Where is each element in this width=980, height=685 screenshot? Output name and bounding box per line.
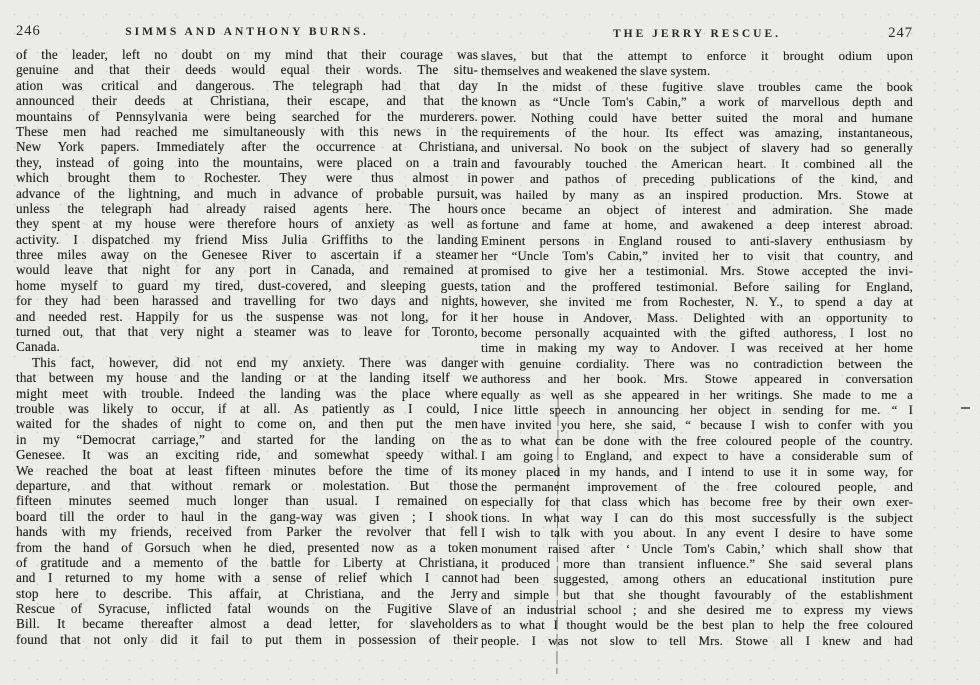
text-line: and favourably touched the American hear…: [481, 157, 913, 172]
text-line: that between my house and the landing or…: [16, 370, 478, 385]
text-line: they spent at my house were therefore ho…: [16, 216, 478, 231]
text-line: genuine and that their deeds would equal…: [16, 62, 478, 77]
text-line: had been suggested, among others an educ…: [481, 572, 913, 587]
text-line: home myself to guard my tired, dust-cove…: [16, 278, 478, 293]
text-line: and I returned to my home with a sense o…: [16, 570, 478, 585]
text-line: turned out, that that very night a steam…: [16, 324, 478, 339]
text-line: it produced more than transient influenc…: [481, 557, 913, 572]
text-line: her house in Andover, Mass. Delighted wi…: [481, 311, 913, 326]
text-line: Eminent persons in England roused to ant…: [481, 234, 913, 249]
page-left-body: of the leader, left no doubt on my mind …: [16, 47, 478, 647]
text-line: I am going to England, and expect to hav…: [481, 449, 913, 464]
text-line: with genuine cordiality. There was no co…: [481, 357, 913, 372]
text-line: and needed rest. Happily for us the susp…: [16, 309, 478, 324]
book-scan: 246 SIMMS AND ANTHONY BURNS. of the lead…: [0, 0, 980, 685]
text-line: equally as well as she appeared in her w…: [481, 388, 913, 403]
scan-dash-artifact: [961, 407, 970, 409]
text-line: nice little speech in announcing her obj…: [481, 403, 913, 418]
text-line: slaves, but that the attempt to enforce …: [481, 49, 913, 64]
running-head-left: SIMMS AND ANTHONY BURNS.: [56, 26, 438, 38]
text-line: power and pathos of preceding publicatio…: [481, 172, 913, 187]
page-number-right: 247: [873, 25, 913, 42]
text-line: tation and the proffered testimonial. Be…: [481, 280, 913, 295]
text-line: unless the telegraph had already raised …: [16, 201, 478, 216]
text-line: of gratitude and a memento of the battle…: [16, 555, 478, 570]
text-line: as to what I thought would be the best p…: [481, 618, 913, 633]
text-line: for they had been harassed and travellin…: [16, 293, 478, 308]
text-line: fifteen minutes seemed much longer than …: [16, 493, 478, 508]
text-line: and universal. No book on the subject of…: [481, 141, 913, 156]
text-line: from the hand of Gorsuch when he died, p…: [16, 540, 478, 555]
text-line: These men had reached me simultaneously …: [16, 124, 478, 139]
text-line: her “Uncle Tom's Cabin,” invited her to …: [481, 249, 913, 264]
text-line: board till the order to haul in the gang…: [16, 509, 478, 524]
text-line: was hailed by many as an inspired produc…: [481, 188, 913, 203]
page-left: 246 SIMMS AND ANTHONY BURNS. of the lead…: [16, 23, 478, 647]
text-line: trouble was likely to occur, if at all. …: [16, 401, 478, 416]
text-line: I wish to talk with you about. In any ev…: [481, 526, 913, 541]
text-line: of the leader, left no doubt on my mind …: [16, 47, 478, 62]
text-line: authoress and her book. Mrs. Stowe appea…: [481, 372, 913, 387]
text-line: they, instead of going into the mountain…: [16, 155, 478, 170]
text-line: waited for the shades of night to come o…: [16, 416, 478, 431]
text-line: New York papers. Immediately after the o…: [16, 139, 478, 154]
text-line: would leave that night for any port in C…: [16, 262, 478, 277]
text-line: fortune and fame at home, and awakened a…: [481, 218, 913, 233]
text-line: We reached the boat at least fifteen min…: [16, 463, 478, 478]
text-line: advance of the lightning, and much in ad…: [16, 186, 478, 201]
text-line: people. I was not slow to tell Mrs. Stow…: [481, 634, 913, 649]
running-head-right: THE JERRY RESCUE.: [521, 28, 873, 40]
text-line: activity. I dispatched my friend Miss Ju…: [16, 232, 478, 247]
text-line: themselves and weakened the slave system…: [481, 64, 913, 79]
text-line: become personally acquainted with the gi…: [481, 326, 913, 341]
text-line: found that not only did it fail to put t…: [16, 632, 478, 647]
text-line: monument raised after ‘ Uncle Tom's Cabi…: [481, 542, 913, 557]
text-line: Bill. It became thereafter almost a dead…: [16, 616, 478, 631]
page-right: THE JERRY RESCUE. 247 slaves, but that t…: [481, 25, 913, 649]
text-line: tions. In what way I can do this most su…: [481, 511, 913, 526]
text-line: In the midst of these fugitive slave tro…: [481, 80, 913, 95]
text-line: promised to give her a testimonial. Mrs.…: [481, 264, 913, 279]
running-header-left: 246 SIMMS AND ANTHONY BURNS.: [16, 23, 478, 38]
text-line: announced their deeds at Christiana, the…: [16, 93, 478, 108]
text-line: as to what can be done with the free col…: [481, 434, 913, 449]
text-line: three miles away on the Genesee River to…: [16, 247, 478, 262]
page-right-body: slaves, but that the attempt to enforce …: [481, 49, 913, 649]
text-line: money placed in my hands, and I intend t…: [481, 465, 913, 480]
text-line: Canada.: [16, 339, 478, 354]
text-line: mountains of Pennsylvania were being sea…: [16, 109, 478, 124]
page-number-left: 246: [16, 23, 56, 40]
text-line: time in making my way to Andover. I was …: [481, 341, 913, 356]
text-line: might meet with trouble. Indeed the land…: [16, 386, 478, 401]
running-header-right: THE JERRY RESCUE. 247: [481, 25, 913, 40]
text-line: requirements of the hour. Its effect was…: [481, 126, 913, 141]
text-line: power. Nothing could have better suited …: [481, 111, 913, 126]
text-line: ation was critical and dangerous. The te…: [16, 78, 478, 93]
text-line: however, she invited me from Rochester, …: [481, 295, 913, 310]
text-line: Genesee. It was an exciting ride, and so…: [16, 447, 478, 462]
text-line: the permanent improvement of the free co…: [481, 480, 913, 495]
text-line: known as “Uncle Tom's Cabin,” a work of …: [481, 95, 913, 110]
text-line: Rescue of Syracuse, inflicted fatal woun…: [16, 601, 478, 616]
text-line: which brought them to Rochester. They we…: [16, 170, 478, 185]
text-line: departure, and that without remark or mo…: [16, 478, 478, 493]
text-line: hands with my friends, received from Par…: [16, 524, 478, 539]
text-line: This fact, however, did not end my anxie…: [16, 355, 478, 370]
text-line: of an industrial school ; and she desire…: [481, 603, 913, 618]
text-line: especially for that class which has beco…: [481, 495, 913, 510]
text-line: have invited you here, she said, “ becau…: [481, 418, 913, 433]
text-line: once became an object of interest and ad…: [481, 203, 913, 218]
text-line: and simple but that she thought favourab…: [481, 588, 913, 603]
text-line: in my “Democrat carriage,” and started f…: [16, 432, 478, 447]
text-line: stop here to describe. This affair, at C…: [16, 586, 478, 601]
